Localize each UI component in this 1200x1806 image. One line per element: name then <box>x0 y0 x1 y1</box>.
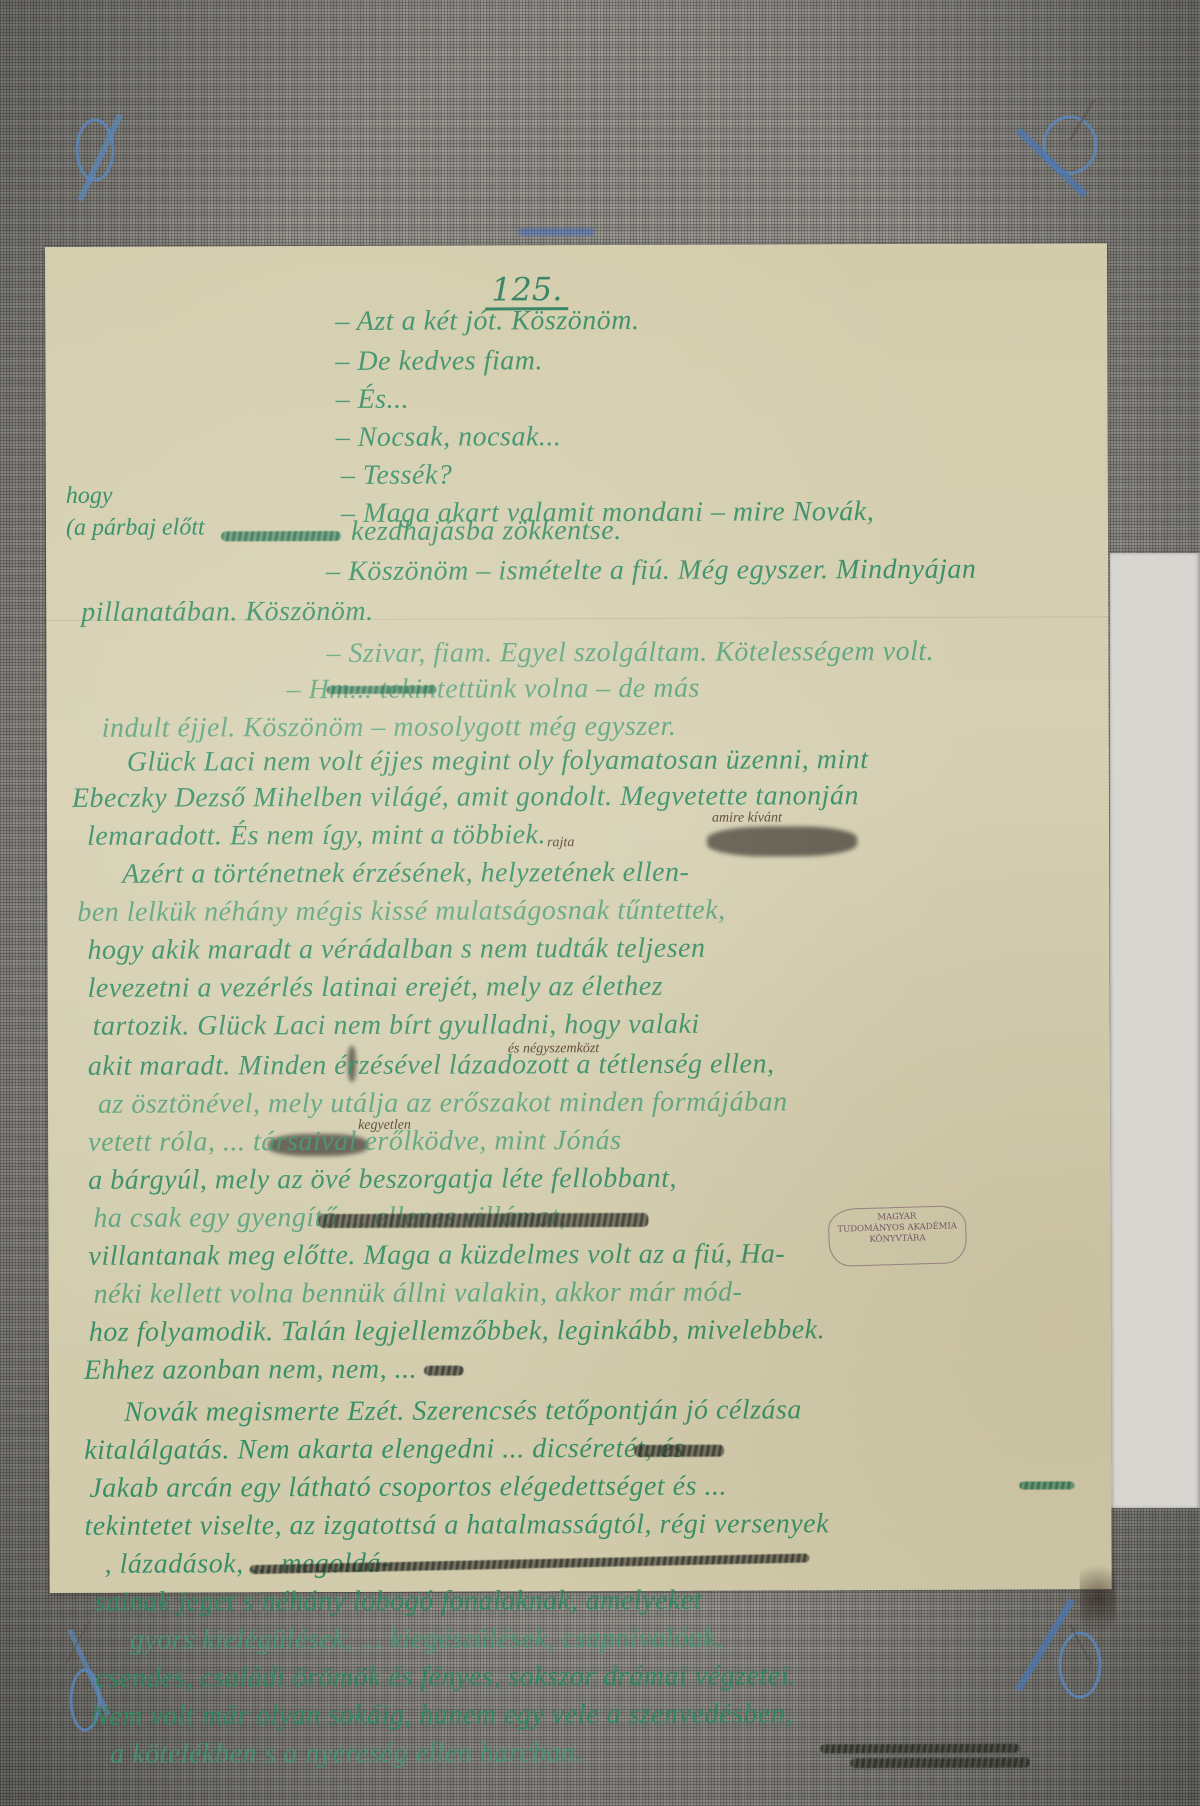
manuscript-line: akit maradt. Minden érzésével lázadozott… <box>88 1048 775 1082</box>
manuscript-page: 125. – Azt a két jót. Köszönöm. – De ked… <box>45 243 1112 1593</box>
manuscript-line: kezdhajásba zökkentse. <box>351 515 622 548</box>
manuscript-line: Jakab arcán egy látható csoportos eléged… <box>89 1471 727 1505</box>
manuscript-line: – Tessék? <box>341 460 453 492</box>
manuscript-line: – Köszönöm – ismételte a fiú. Még egysze… <box>326 554 976 588</box>
manuscript-line: pillanatában. Köszönöm. <box>81 596 373 629</box>
manuscript-line: csendes, családi örömök és fényes, soksz… <box>95 1660 796 1694</box>
manuscript-line: hogy akik maradt a vérádalban s nem tudt… <box>87 933 705 967</box>
manuscript-line: az ösztönével, mely utálja az erőszakot … <box>98 1086 788 1120</box>
library-stamp: MAGYAR TUDOMÁNYOS AKADÉMIA KÖNYVTÁRA <box>828 1205 968 1267</box>
manuscript-line: lemaradott. És nem így, mint a többiek. <box>87 819 546 853</box>
manuscript-line: Ehhez azonban nem, nem, ... <box>84 1354 417 1387</box>
strikethrough <box>1019 1481 1074 1489</box>
margin-note: (a párbaj előtt <box>66 514 205 541</box>
strikethrough <box>850 1758 1030 1769</box>
manuscript-line: kitalálgatás. Nem akarta elengedni ... d… <box>84 1433 684 1467</box>
manuscript-line: villantanak meg előtte. Maga a küzdelmes… <box>88 1238 785 1272</box>
manuscript-line: – És... <box>335 384 409 416</box>
manuscript-line: Novák megismerte Ezét. Szerencsés tetőpo… <box>124 1394 802 1428</box>
strikethrough <box>327 686 437 694</box>
manuscript-line: sainak jeget s néhány lobogó fonalaknak,… <box>95 1585 702 1619</box>
manuscript-line: tartozik. Glück Laci nem bírt gyulladni,… <box>93 1009 700 1043</box>
pencil-insertion: rajta <box>547 835 574 851</box>
white-paper-strip <box>1110 553 1200 1508</box>
manuscript-line: – Azt a két jót. Köszönöm. <box>335 305 639 338</box>
manuscript-line: tekintetet viselte, az izgatottsá a hata… <box>84 1508 829 1543</box>
pencil-scribble-out <box>707 826 857 857</box>
manuscript-line: – Nocsak, nocsak... <box>336 421 562 454</box>
manuscript-line: néki kellett volna bennük állni valakin,… <box>94 1277 743 1311</box>
strikethrough <box>634 1445 724 1457</box>
strikethrough <box>318 1213 648 1228</box>
strikethrough <box>820 1744 1020 1754</box>
manuscript-line: – De kedves fiam. <box>335 345 543 378</box>
manuscript-line: Nem volt már olyan sokáig, hanem egy vel… <box>90 1698 793 1732</box>
manuscript-line: – Szivar, fiam. Egyel szolgáltam. Kötele… <box>326 636 934 670</box>
strikethrough <box>424 1366 464 1376</box>
pencil-scribble-icon <box>50 100 160 220</box>
manuscript-line: a bárgyúl, mely az övé beszorgatja léte … <box>88 1163 677 1197</box>
manuscript-line: ben lelkük néhány mégis kissé mulatságos… <box>77 895 725 929</box>
manuscript-line: levezetni a vezérlés latinai erejét, mel… <box>88 971 664 1005</box>
manuscript-line: hoz folyamodik. Talán legjellemzőbbek, l… <box>89 1314 825 1349</box>
strikethrough <box>221 531 341 541</box>
pencil-insertion: amire kívánt <box>712 810 782 826</box>
margin-note: hogy <box>66 483 113 510</box>
blue-tape-mark <box>518 228 594 236</box>
manuscript-line: vetett róla, ... társaival erőlködve, mi… <box>88 1125 621 1159</box>
manuscript-line: a kötelékben s a nyereség ellen harcban. <box>110 1737 583 1771</box>
manuscript-line: gyors kielégülések, ... kiegészülések, c… <box>130 1623 724 1657</box>
blue-pencil-corner-mark-top-left <box>50 100 160 220</box>
manuscript-line: Glück Laci nem volt éjjes megint oly fol… <box>127 744 869 779</box>
manuscript-line: Azért a történetnek érzésének, helyzetén… <box>122 857 689 891</box>
blue-pencil-corner-mark-top-right <box>1010 100 1120 220</box>
pencil-scribble-icon <box>1010 100 1120 220</box>
manuscript-line: indult éjjel. Köszönöm – mosolygott még … <box>102 711 677 745</box>
ink-stain <box>1080 1553 1116 1643</box>
